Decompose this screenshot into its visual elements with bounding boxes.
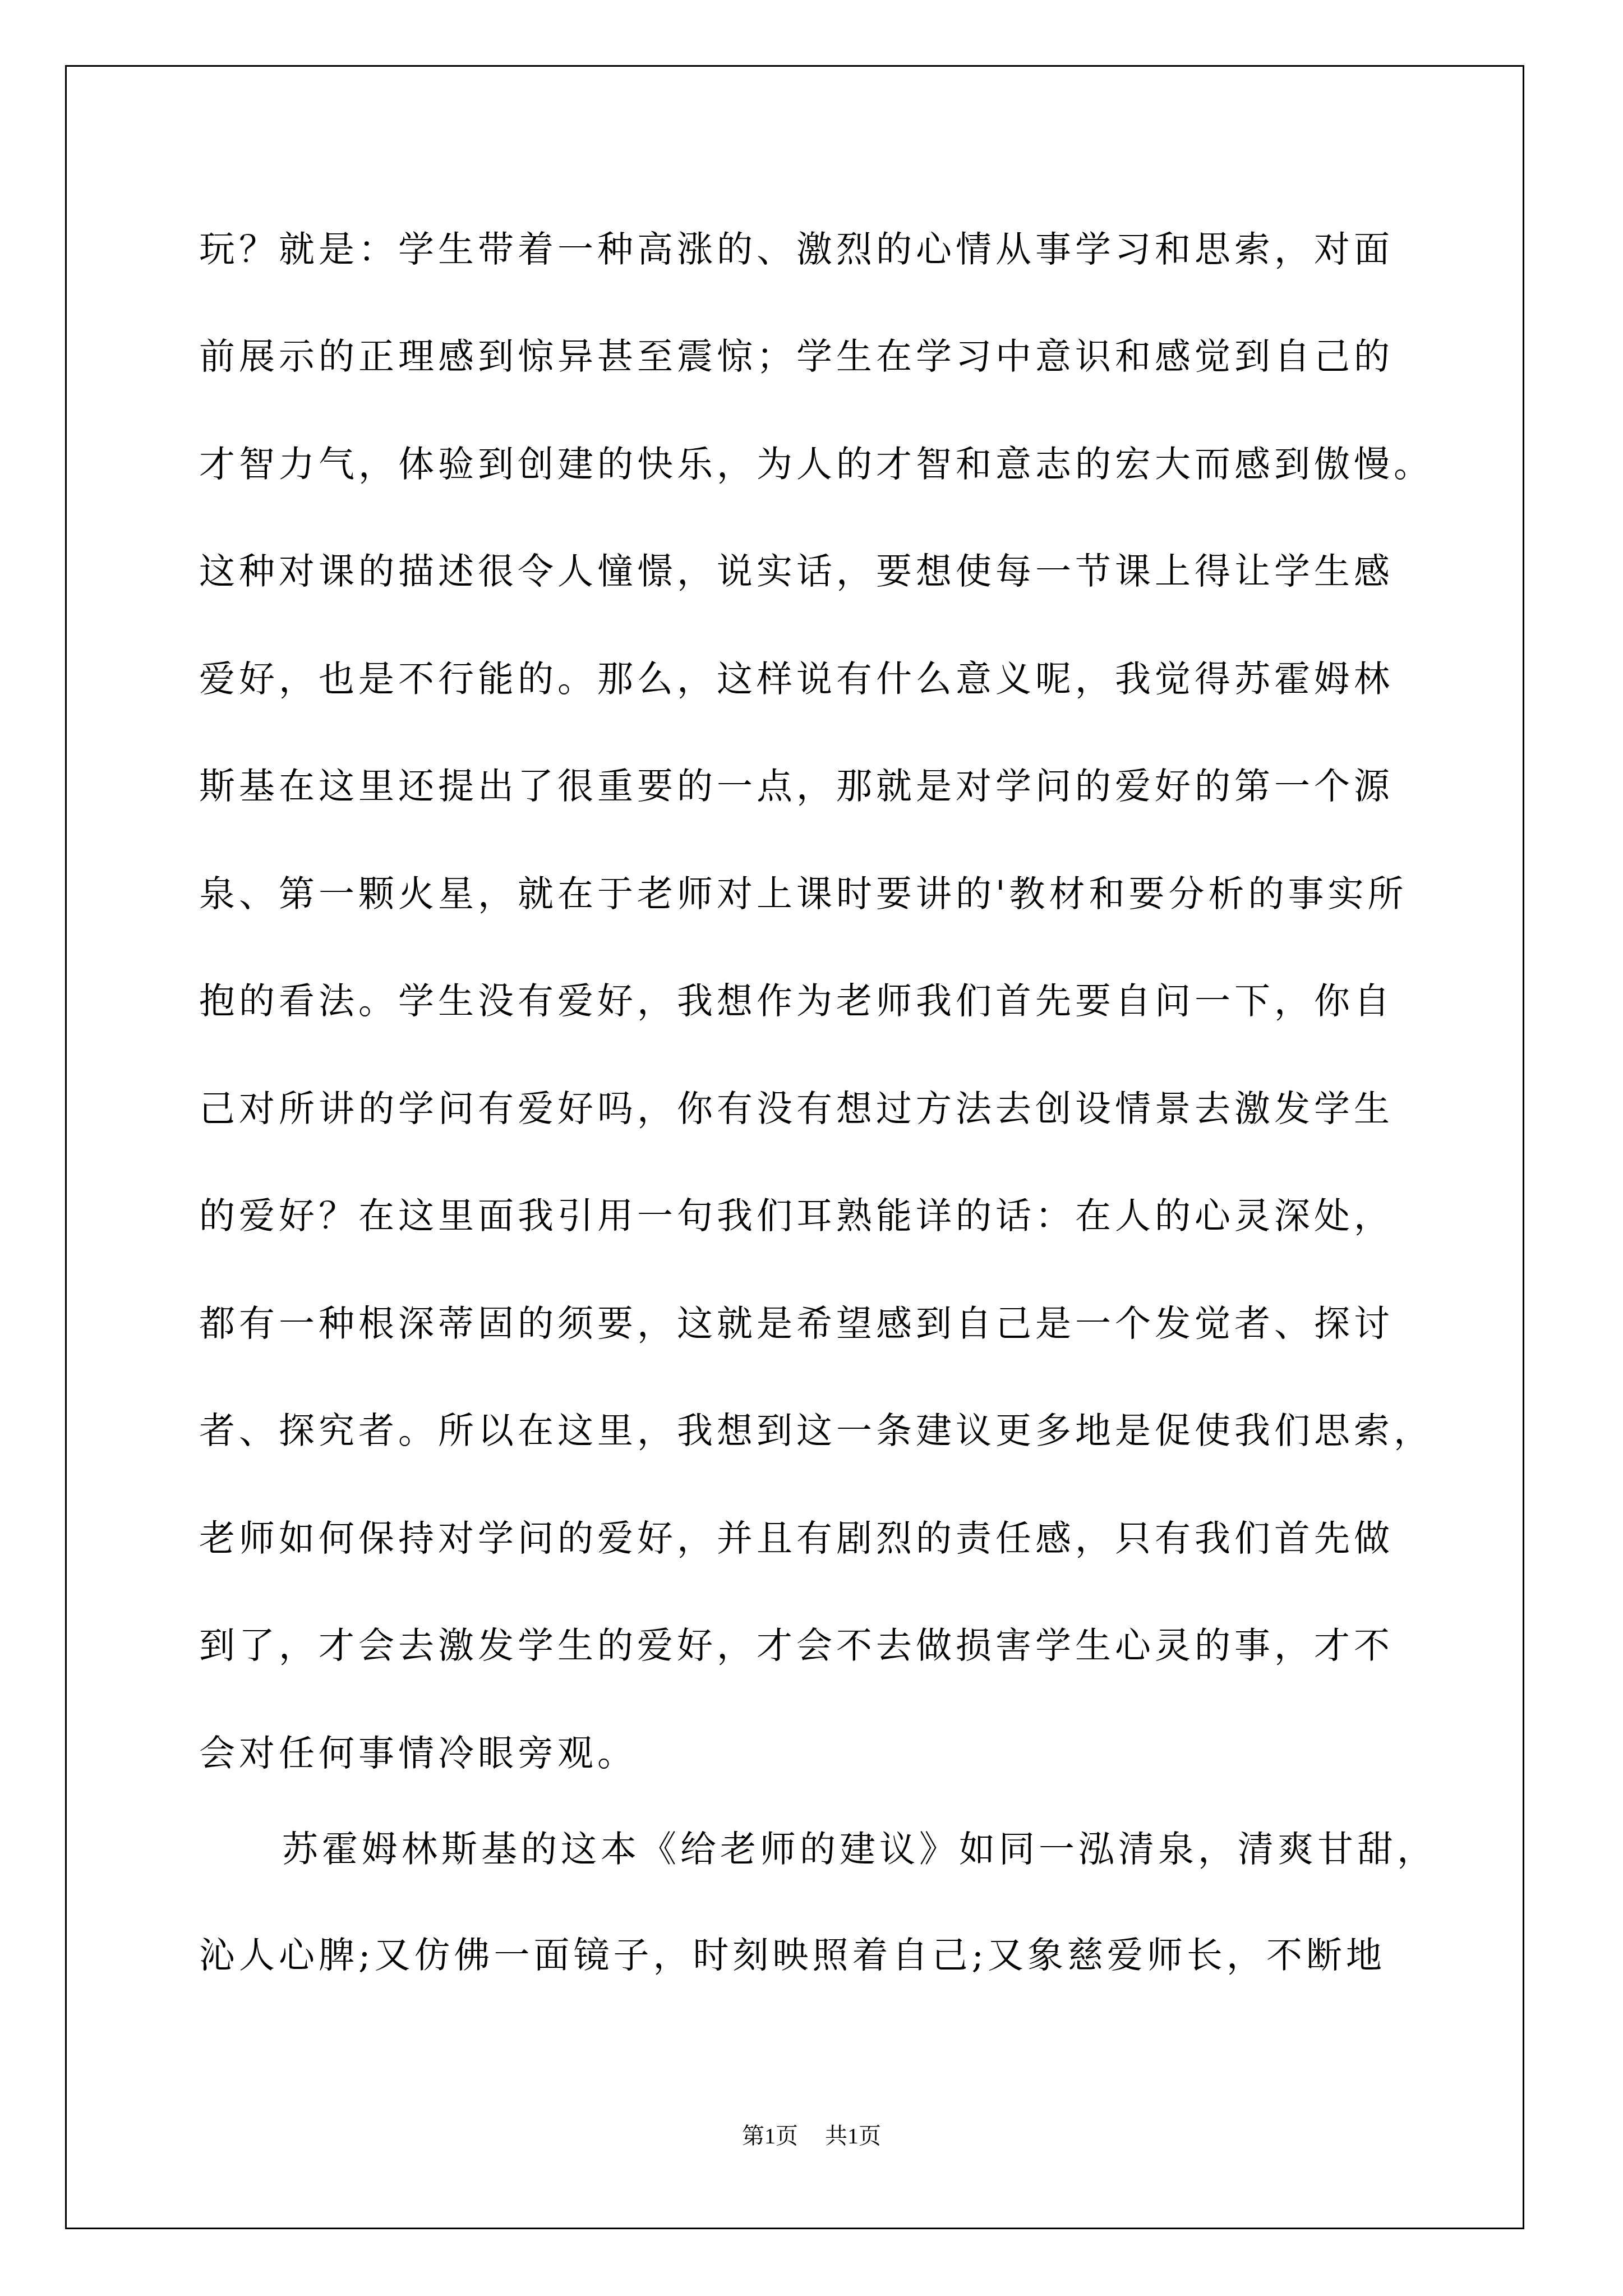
page-footer: 第1页共1页 [0,2122,1623,2150]
text-line-10: 的爱好？在这里面我引用一句我们耳熟能详的话：在人的心灵深处， [199,1194,1394,1239]
text-line-4: 这种对课的描述很令人憧憬，说实话，要想使每一节课上得让学生感 [199,549,1394,594]
text-line-7: 泉、第一颗火星，就在于老师对上课时要讲的'教材和要分析的事实所 [199,872,1408,917]
text-line-13: 老师如何保持对学问的爱好，并且有剧烈的责任感，只有我们首先做 [199,1516,1394,1561]
text-line-11: 都有一种根深蒂固的须要，这就是希望感到自己是一个发觉者、探讨 [199,1301,1394,1346]
text-line-8: 抱的看法。学生没有爱好，我想作为老师我们首先要自问一下，你自 [199,979,1394,1024]
text-line-3: 才智力气，体验到创建的快乐，为人的才智和意志的宏大而感到傲慢。 [199,442,1433,487]
text-line-9: 己对所讲的学问有爱好吗，你有没有想过方法去创设情景去激发学生 [199,1087,1394,1131]
total-page-count: 共1页 [825,2122,881,2150]
page-border [65,65,1524,2229]
current-page-number: 第1页 [742,2122,798,2150]
text-line-15: 会对任何事情冷眼旁观。 [199,1731,637,1776]
text-line-6: 斯基在这里还提出了很重要的一点，那就是对学问的爱好的第一个源 [199,764,1394,809]
text-line-14: 到了，才会去激发学生的爱好，才会不去做损害学生心灵的事，才不 [199,1623,1394,1668]
text-line-12: 者、探究者。所以在这里，我想到这一条建议更多地是促使我们思索， [199,1409,1433,1453]
text-line-1: 玩？就是：学生带着一种高涨的、激烈的心情从事学习和思索，对面 [199,227,1394,272]
text-line-2: 前展示的正理感到惊异甚至震惊；学生在学习中意识和感觉到自己的 [199,334,1394,379]
paragraph-start-line: 苏霍姆林斯基的这本《给老师的建议》如同一泓清泉，清爽甘甜， [282,1827,1437,1872]
text-line-17: 沁人心脾;又仿佛一面镜子，时刻映照着自己;又象慈爱师长，不断地 [199,1933,1386,1978]
text-line-5: 爱好，也是不行能的。那么，这样说有什么意义呢，我觉得苏霍姆林 [199,657,1394,702]
